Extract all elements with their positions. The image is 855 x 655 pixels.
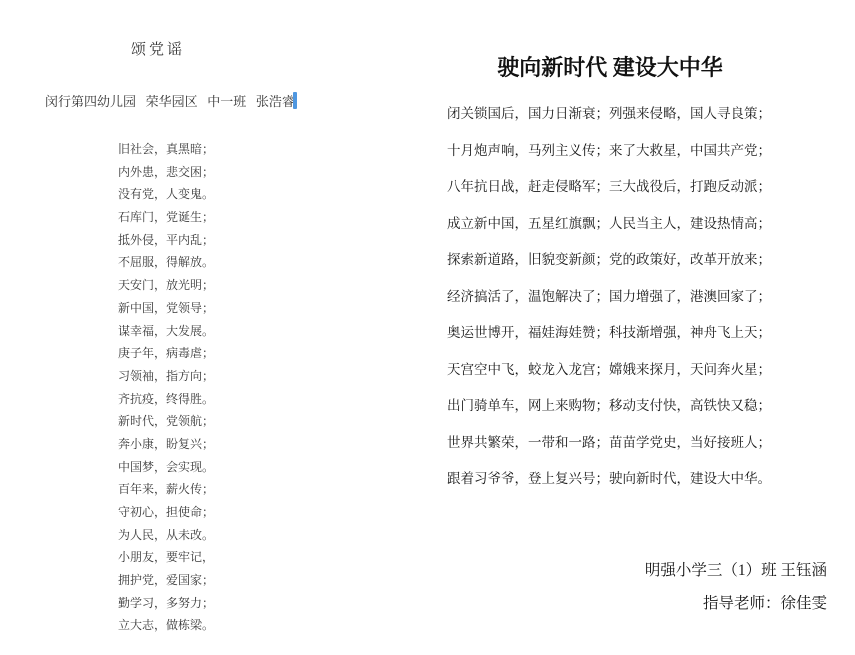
poem-line: 为人民，从未改。	[118, 524, 214, 547]
poem-line: 百年来，薪火传；	[118, 478, 214, 501]
poem-line: 奔小康，盼复兴；	[118, 433, 214, 456]
poem-line: 新时代，党领航；	[118, 410, 214, 433]
poem-line: 天宫空中飞，蛟龙入龙宫；嫦娥来探月，天问奔火星；	[447, 352, 771, 389]
poem-line: 不屈服，得解放。	[118, 251, 214, 274]
poem-line: 拥护党，爱国家；	[118, 569, 214, 592]
teacher-signature: 指导老师：徐佳雯	[703, 591, 827, 613]
left-poem-title: 颂党谣	[131, 38, 185, 59]
poem-line: 探索新道路，旧貌变新颜；党的政策好，改革开放来；	[447, 242, 771, 279]
poem-line: 谋幸福，大发展。	[118, 320, 214, 343]
poem-line: 出门骑单车，网上来购物；移动支付快，高铁快又稳；	[447, 388, 771, 425]
poem-line: 闭关锁国后，国力日渐衰；列强来侵略，国人寻良策；	[447, 96, 771, 133]
poem-line: 中国梦，会实现。	[118, 456, 214, 479]
left-poem-body: 旧社会，真黑暗；内外患，悲交困；没有党，人变鬼。石库门，党诞生；抵外侵，平内乱；…	[118, 138, 214, 637]
right-poem-title: 驶向新时代 建设大中华	[447, 51, 773, 82]
poem-line: 旧社会，真黑暗；	[118, 138, 214, 161]
poem-line: 立大志，做栋梁。	[118, 614, 214, 637]
poem-line: 没有党，人变鬼。	[118, 183, 214, 206]
poem-line: 勤学习，多努力；	[118, 592, 214, 615]
poem-line: 八年抗日战，赶走侵略军；三大战役后，打跑反动派；	[447, 169, 771, 206]
poem-line: 成立新中国，五星红旗飘；人民当主人，建设热情高；	[447, 206, 771, 243]
poem-line: 庚子年，病毒虐；	[118, 342, 214, 365]
poem-line: 跟着习爷爷，登上复兴号；驶向新时代，建设大中华。	[447, 461, 771, 498]
left-document-page: 颂党谣 闵行第四幼儿园 荣华园区 中一班 张浩睿 旧社会，真黑暗；内外患，悲交困…	[0, 0, 430, 655]
poem-line: 小朋友，要牢记，	[118, 546, 214, 569]
poem-line: 石库门，党诞生；	[118, 206, 214, 229]
poem-line: 内外患，悲交困；	[118, 161, 214, 184]
poem-line: 新中国，党领导；	[118, 297, 214, 320]
poem-line: 十月炮声响，马列主义传；来了大救星，中国共产党；	[447, 133, 771, 170]
left-byline-text: 闵行第四幼儿园 荣华园区 中一班 张浩睿	[45, 94, 295, 109]
right-document-page: 驶向新时代 建设大中华 闭关锁国后，国力日渐衰；列强来侵略，国人寻良策；十月炮声…	[430, 0, 855, 655]
poem-line: 习领袖，指方向；	[118, 365, 214, 388]
poem-line: 经济搞活了，温饱解决了；国力增强了，港澳回家了；	[447, 279, 771, 316]
poem-line: 守初心，担使命；	[118, 501, 214, 524]
poem-line: 齐抗疫，终得胜。	[118, 388, 214, 411]
poem-line: 奥运世博开，福娃海娃赞；科技渐增强，神舟飞上天；	[447, 315, 771, 352]
poem-line: 天安门，放光明；	[118, 274, 214, 297]
poem-line: 抵外侵，平内乱；	[118, 229, 214, 252]
text-cursor	[293, 92, 297, 109]
left-byline[interactable]: 闵行第四幼儿园 荣华园区 中一班 张浩睿	[45, 91, 297, 110]
right-poem-body: 闭关锁国后，国力日渐衰；列强来侵略，国人寻良策；十月炮声响，马列主义传；来了大救…	[447, 96, 771, 498]
student-signature: 明强小学三（1）班 王钰涵	[645, 558, 827, 580]
poem-line: 世界共繁荣，一带和一路；苗苗学党史，当好接班人；	[447, 425, 771, 462]
